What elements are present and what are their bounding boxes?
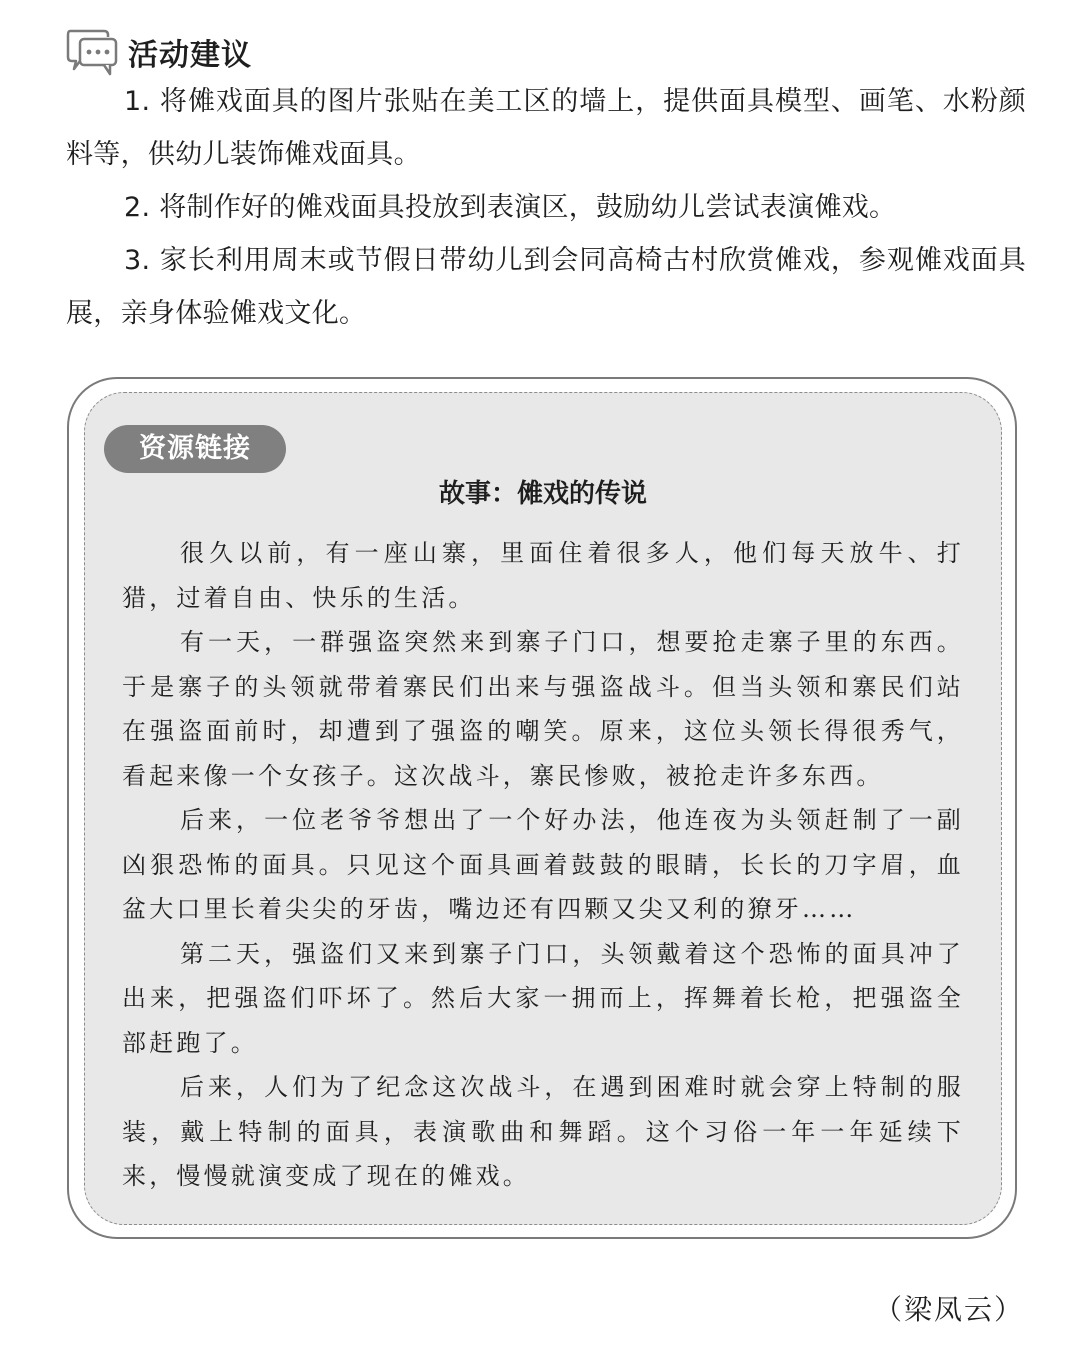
author-credit: （梁凤云） [874, 1288, 1024, 1328]
suggestion-item: 2. 将制作好的傩戏面具投放到表演区，鼓励幼儿尝试表演傩戏。 [66, 181, 1026, 234]
story-paragraph: 后来，人们为了纪念这次战斗，在遇到困难时就会穿上特制的服装，戴上特制的面具，表演… [122, 1065, 964, 1199]
chat-bubbles-icon [66, 27, 120, 77]
suggestion-item: 1. 将傩戏面具的图片张贴在美工区的墙上，提供面具模型、画笔、水粉颜料等，供幼儿… [66, 75, 1026, 181]
section-title: 活动建议 [128, 30, 252, 74]
story-paragraph: 第二天，强盗们又来到寨子门口，头领戴着这个恐怖的面具冲了出来，把强盗们吓坏了。然… [122, 932, 964, 1066]
story-paragraph: 有一天，一群强盗突然来到寨子门口，想要抢走寨子里的东西。于是寨子的头领就带着寨民… [122, 620, 964, 798]
story-title: 故事：傩戏的传说 [84, 472, 1002, 516]
section-heading: 活动建议 [66, 26, 252, 78]
suggestion-list: 1. 将傩戏面具的图片张贴在美工区的墙上，提供面具模型、画笔、水粉颜料等，供幼儿… [66, 75, 1026, 340]
suggestion-item: 3. 家长利用周末或节假日带幼儿到会同高椅古村欣赏傩戏，参观傩戏面具展，亲身体验… [66, 234, 1026, 340]
story-paragraph: 后来，一位老爷爷想出了一个好办法，他连夜为头领赶制了一副凶狠恐怖的面具。只见这个… [122, 798, 964, 932]
resource-badge: 资源链接 [104, 425, 286, 473]
story-body: 很久以前，有一座山寨，里面住着很多人，他们每天放牛、打猎，过着自由、快乐的生活。… [122, 531, 964, 1199]
story-paragraph: 很久以前，有一座山寨，里面住着很多人，他们每天放牛、打猎，过着自由、快乐的生活。 [122, 531, 964, 620]
